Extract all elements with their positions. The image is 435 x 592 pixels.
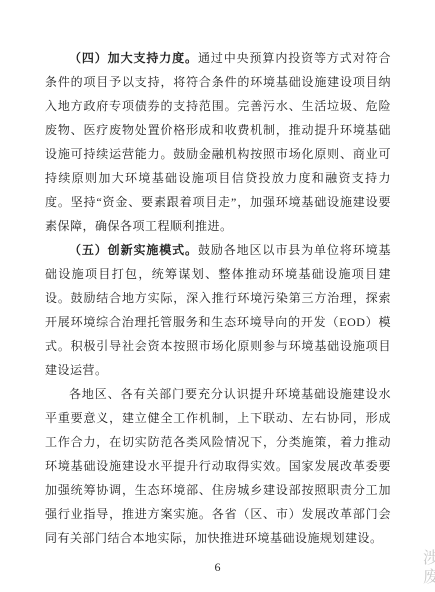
paragraph-body: 各地区、各有关部门要充分认识提升环境基础设施建设水平重要意义，建立健全工作机制，… <box>45 387 391 545</box>
paragraph-body: 通过中央预算内投资等方式对符合条件的项目予以支持，将符合条件的环境基础设施建设项… <box>45 51 391 233</box>
paragraph-body: 鼓励各地区以市县为单位将环境基础设施项目打包，统筹谋划、整体推动环境基础设施项目… <box>45 243 391 377</box>
document-page: （四）加大支持力度。通过中央预算内投资等方式对符合条件的项目予以支持，将符合条件… <box>0 0 435 592</box>
document-text: （四）加大支持力度。通过中央预算内投资等方式对符合条件的项目予以支持，将符合条件… <box>45 46 391 550</box>
watermark-char: 涉 <box>423 549 435 568</box>
page-number: 6 <box>0 560 435 575</box>
watermark-char: 废 <box>423 568 435 587</box>
closing-paragraph: 各地区、各有关部门要充分认识提升环境基础设施建设水平重要意义，建立健全工作机制，… <box>45 382 391 550</box>
paragraph-section-4: （四）加大支持力度。通过中央预算内投资等方式对符合条件的项目予以支持，将符合条件… <box>45 46 391 238</box>
paragraph-heading: （四）加大支持力度。 <box>69 51 198 65</box>
paragraph-section-5: （五）创新实施模式。鼓励各地区以市县为单位将环境基础设施项目打包，统筹谋划、整体… <box>45 238 391 382</box>
edge-watermark: 涉 废 <box>423 549 435 587</box>
paragraph-heading: （五）创新实施模式。 <box>69 243 198 257</box>
